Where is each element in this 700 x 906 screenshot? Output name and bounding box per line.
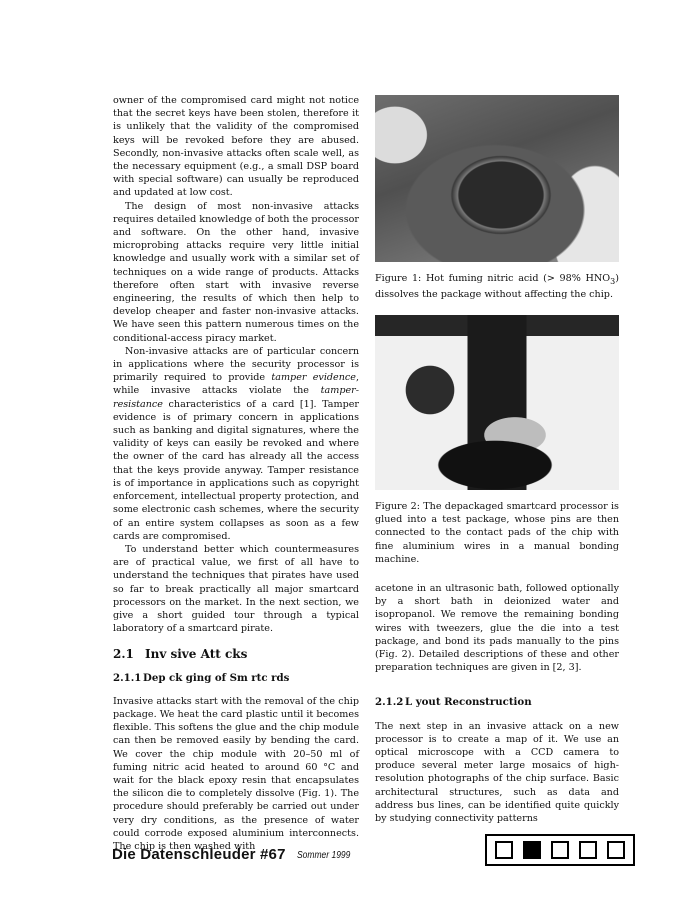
page-box [579,841,597,859]
page-indicator [485,834,635,866]
paragraph: To understand better which countermeasur… [113,543,359,635]
page-box [607,841,625,859]
page-box-current [523,841,541,859]
figure-caption: Figure 2: The depackaged smartcard proce… [375,500,619,566]
figure-2: Figure 2: The depackaged smartcard proce… [375,315,619,566]
paragraph: The design of most non-invasive attacks … [113,200,359,345]
right-column: acetone in an ultrasonic bath, followed … [375,582,619,825]
page-box [495,841,513,859]
petri-dish-photo [375,95,619,262]
subsection-heading: 2.1.2L yout Reconstruction [375,696,619,709]
section-heading: 2.1Inv sive Att cks [113,648,359,661]
publication-date: Sommer 1999 [297,850,350,861]
paragraph: acetone in an ultrasonic bath, followed … [375,582,619,674]
paragraph: owner of the compromised card might not … [113,94,359,200]
paragraph: The next step in an invasive attack on a… [375,720,619,826]
paragraph: Non-invasive attacks are of particular c… [113,345,359,543]
publication-title: Die Datenschleuder #67 [112,846,286,863]
page-box [551,841,569,859]
left-column: owner of the compromised card might not … [113,94,359,853]
paragraph: Invasive attacks start with the removal … [113,695,359,853]
figure-1: Figure 1: Hot fuming nitric acid (> 98% … [375,95,619,301]
subsection-heading: 2.1.1Dep ck ging of Sm rtc rds [113,672,359,685]
bonding-machine-photo [375,315,619,490]
figure-caption: Figure 1: Hot fuming nitric acid (> 98% … [375,272,619,301]
